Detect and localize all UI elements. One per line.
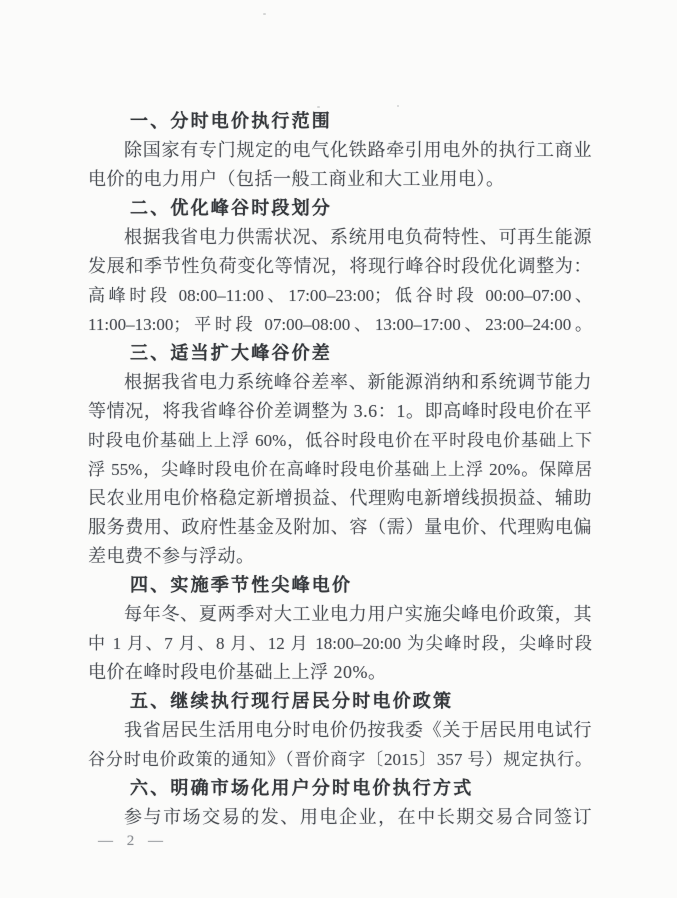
section-4-heading: 四、实施季节性尖峰电价 <box>88 571 592 600</box>
section-6: 六、明确市场化用户分时电价执行方式 参与市场交易的发、用电企业，在中长期交易合同… <box>88 774 592 832</box>
section-3: 三、适当扩大峰谷价差 根据我省电力系统峰谷差率、新能源消纳和系统调节能力 等情况… <box>88 339 592 571</box>
document-page: 一、分时电价执行范围 除国家有专门规定的电气化铁路牵引用电外的执行工商业 电价的… <box>0 0 677 898</box>
document-body: 一、分时电价执行范围 除国家有专门规定的电气化铁路牵引用电外的执行工商业 电价的… <box>88 107 592 832</box>
paragraph-line: 中 1 月、7 月、8 月、12 月 18:00–20:00 为尖峰时段，尖峰时… <box>88 629 592 658</box>
paragraph-line: 时段电价基础上上浮 60%，低谷时段电价在平时段电价基础上下 <box>88 426 592 455</box>
paragraph-line: 根据我省电力供需状况、系统用电负荷特性、可再生能源 <box>88 223 592 252</box>
paragraph-line: 我省居民生活用电分时电价仍按我委《关于居民用电试行峰 <box>88 716 592 745</box>
section-2: 二、优化峰谷时段划分 根据我省电力供需状况、系统用电负荷特性、可再生能源 发展和… <box>88 194 592 339</box>
page-number: — 2 — <box>98 830 168 852</box>
paragraph-line: 11:00–13:00；平时段 07:00–08:00、13:00–17:00、… <box>88 310 592 339</box>
section-1-heading: 一、分时电价执行范围 <box>88 107 592 136</box>
paragraph-line: 等情况，将我省峰谷价差调整为 3.6：1。即高峰时段电价在平 <box>88 397 592 426</box>
paragraph-line: 高峰时段 08:00–11:00、17:00–23:00；低谷时段 00:00–… <box>88 281 592 310</box>
paragraph-line: 发展和季节性负荷变化等情况，将现行峰谷时段优化调整为： <box>88 252 592 281</box>
section-5: 五、继续执行现行居民分时电价政策 我省居民生活用电分时电价仍按我委《关于居民用电… <box>88 687 592 774</box>
paragraph-line: 每年冬、夏两季对大工业电力用户实施尖峰电价政策，其 <box>88 600 592 629</box>
section-1: 一、分时电价执行范围 除国家有专门规定的电气化铁路牵引用电外的执行工商业 电价的… <box>88 107 592 194</box>
section-2-heading: 二、优化峰谷时段划分 <box>88 194 592 223</box>
paragraph-line: 电价在峰时段电价基础上上浮 20%。 <box>88 658 592 687</box>
scan-speck <box>263 13 266 15</box>
paragraph-line: 电价的电力用户（包括一般工商业和大工业用电）。 <box>88 165 592 194</box>
paragraph-line: 谷分时电价政策的通知》（晋价商字〔2015〕357 号）规定执行。 <box>88 745 592 774</box>
paragraph-line: 差电费不参与浮动。 <box>88 542 592 571</box>
section-4: 四、实施季节性尖峰电价 每年冬、夏两季对大工业电力用户实施尖峰电价政策，其 中 … <box>88 571 592 687</box>
section-3-heading: 三、适当扩大峰谷价差 <box>88 339 592 368</box>
paragraph-line: 服务费用、政府性基金及附加、容（需）量电价、代理购电偏 <box>88 513 592 542</box>
section-6-heading: 六、明确市场化用户分时电价执行方式 <box>88 774 592 803</box>
paragraph-line: 除国家有专门规定的电气化铁路牵引用电外的执行工商业 <box>88 136 592 165</box>
paragraph-line: 浮 55%，尖峰时段电价在高峰时段电价基础上上浮 20%。保障居 <box>88 455 592 484</box>
paragraph-line: 民农业用电价格稳定新增损益、代理购电新增线损损益、辅助 <box>88 484 592 513</box>
paragraph-line: 参与市场交易的发、用电企业，在中长期交易合同签订时， <box>88 803 592 832</box>
section-5-heading: 五、继续执行现行居民分时电价政策 <box>88 687 592 716</box>
paragraph-line: 根据我省电力系统峰谷差率、新能源消纳和系统调节能力 <box>88 368 592 397</box>
